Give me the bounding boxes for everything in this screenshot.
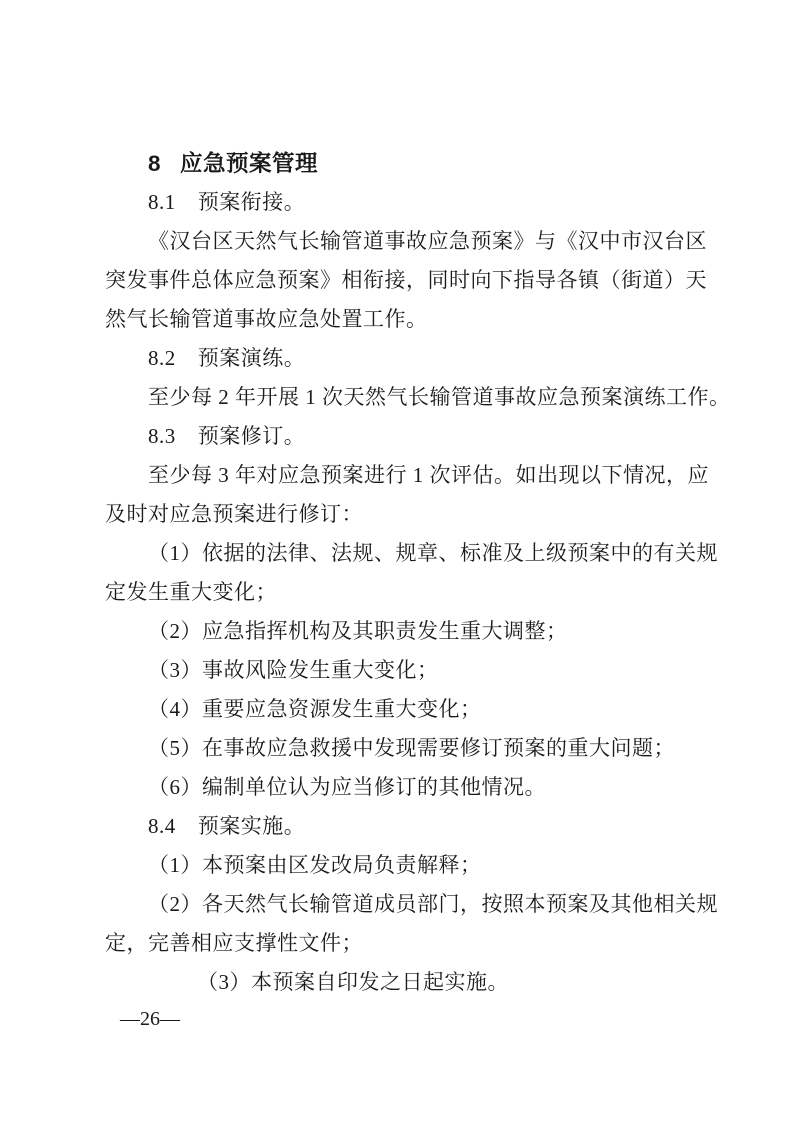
subsection-number: 8.2 — [148, 346, 176, 370]
list-item-line: （1）本预案由区发改局负责解释； — [105, 846, 701, 885]
list-item-line: （5）在事故应急救援中发现需要修订预案的重大问题； — [105, 729, 701, 768]
subsection-title: 预案实施。 — [198, 814, 306, 838]
list-item-line: （3）事故风险发生重大变化； — [105, 651, 701, 690]
list-item-line: 定，完善相应支撑性文件； — [105, 924, 701, 963]
subsection-number: 8.4 — [148, 814, 176, 838]
list-item-line: （2）各天然气长输管道成员部门，按照本预案及其他相关规 — [105, 885, 701, 924]
list-item-line: （4）重要应急资源发生重大变化； — [105, 690, 701, 729]
paragraph-line: 《汉台区天然气长输管道事故应急预案》与《汉中市汉台区 — [105, 222, 701, 261]
section-heading: 8应急预案管理 — [105, 144, 701, 183]
section-number: 8 — [148, 151, 161, 176]
paragraph-line: 至少每 3 年对应急预案进行 1 次评估。如出现以下情况，应 — [105, 456, 701, 495]
list-item-line: （2）应急指挥机构及其职责发生重大调整； — [105, 612, 701, 651]
list-item-line: （3）本预案自印发之日起实施。 — [105, 963, 701, 1002]
paragraph-line: 突发事件总体应急预案》相衔接，同时向下指导各镇（街道）天 — [105, 261, 701, 300]
text-content: 8应急预案管理 8.1预案衔接。 《汉台区天然气长输管道事故应急预案》与《汉中市… — [105, 144, 701, 1002]
document-page: 8应急预案管理 8.1预案衔接。 《汉台区天然气长输管道事故应急预案》与《汉中市… — [0, 0, 793, 1122]
subsection-title: 预案修订。 — [198, 424, 306, 448]
paragraph-line: 然气长输管道事故应急处置工作。 — [105, 300, 701, 339]
section-title: 应急预案管理 — [180, 151, 318, 176]
subsection-number: 8.1 — [148, 190, 176, 214]
subsection-heading: 8.1预案衔接。 — [105, 183, 701, 222]
list-item-line: （6）编制单位认为应当修订的其他情况。 — [105, 768, 701, 807]
subsection-number: 8.3 — [148, 424, 176, 448]
paragraph-line: 至少每 2 年开展 1 次天然气长输管道事故应急预案演练工作。 — [105, 378, 701, 417]
page-number: —26— — [120, 1007, 180, 1031]
paragraph-line: 及时对应急预案进行修订： — [105, 495, 701, 534]
list-item-line: 定发生重大变化； — [105, 573, 701, 612]
subsection-title: 预案演练。 — [198, 346, 306, 370]
subsection-heading: 8.3预案修订。 — [105, 417, 701, 456]
subsection-title: 预案衔接。 — [198, 190, 306, 214]
list-item-line: （1）依据的法律、法规、规章、标准及上级预案中的有关规 — [105, 534, 701, 573]
subsection-heading: 8.2预案演练。 — [105, 339, 701, 378]
subsection-heading: 8.4预案实施。 — [105, 807, 701, 846]
